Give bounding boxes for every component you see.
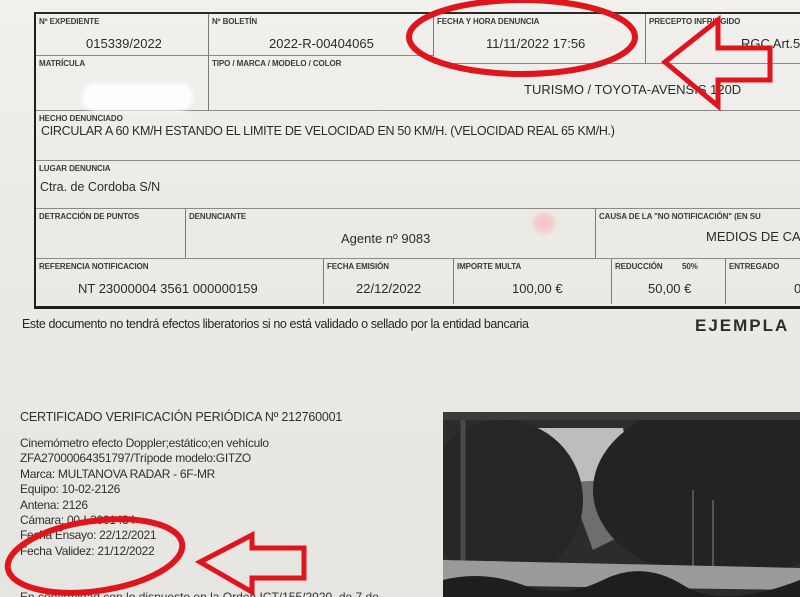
importe-label: IMPORTE MULTA	[457, 262, 521, 271]
denunciante-value: Agente nº 9083	[341, 231, 430, 246]
importe-cell: IMPORTE MULTA 100,00 €	[454, 259, 612, 304]
precepto-value: RGC Art.50.1	[741, 36, 800, 51]
certificate-title: CERTIFICADO VERIFICACIÓN PERIÓDICA Nº 21…	[20, 410, 342, 424]
cert-line-equipo: Equipo: 10-02-2126	[20, 482, 342, 497]
boletin-value: 2022-R-00404065	[269, 36, 374, 51]
matricula-label: MATRÍCULA	[39, 59, 85, 68]
fecha-hora-label: FECHA Y HORA DENUNCIA	[437, 17, 539, 26]
stain-mark	[533, 213, 555, 233]
radar-photo	[443, 412, 800, 597]
denunciante-label: DENUNCIANTE	[189, 212, 246, 221]
vehiculo-value: TURISMO / TOYOTA-AVENSIS 120D	[524, 82, 741, 97]
fine-form: Nº EXPEDIENTE 015339/2022 Nº BOLETÍN 202…	[34, 12, 800, 309]
precepto-label: PRECEPTO INFRINGIDO	[649, 17, 740, 26]
lugar-value: Ctra. de Cordoba S/N	[40, 180, 160, 194]
cert-line-serial: ZFA27000064351797/Trípode modelo:GITZO	[20, 451, 342, 466]
vehiculo-label: TIPO / MARCA / MODELO / COLOR	[212, 59, 341, 68]
lugar-cell: LUGAR DENUNCIA Ctra. de Cordoba S/N	[36, 161, 800, 209]
causa-value: MEDIOS DE CA	[706, 229, 800, 244]
cert-line-camara: Cámara: 00-I-3001434	[20, 513, 342, 528]
reduccion-percent: 50%	[682, 262, 698, 271]
hecho-cell: HECHO DENUNCIADO CIRCULAR A 60 KM/H ESTA…	[36, 111, 800, 161]
cert-line-type: Cinemómetro efecto Doppler;estático;en v…	[20, 436, 342, 451]
detraccion-cell: DETRACCIÓN DE PUNTOS	[36, 209, 186, 259]
referencia-value: NT 23000004 3561 000000159	[78, 281, 258, 296]
disclaimer-text: Este documento no tendrá efectos liberat…	[22, 317, 529, 331]
reduccion-label: REDUCCIÓN	[615, 262, 663, 271]
hecho-value: CIRCULAR A 60 KM/H ESTANDO EL LIMITE DE …	[41, 124, 615, 138]
referencia-cell: REFERENCIA NOTIFICACION NT 23000004 3561…	[36, 259, 324, 304]
boletin-label: Nº BOLETÍN	[212, 17, 257, 26]
fecha-emision-cell: FECHA EMISIÓN 22/12/2022	[324, 259, 454, 304]
cert-line-fecha-ensayo: Fecha Ensayo: 22/12/2021	[20, 528, 342, 543]
entregado-cell: ENTREGADO 0,00	[726, 259, 800, 304]
hecho-label: HECHO DENUNCIADO	[39, 114, 123, 123]
radar-photo-scene	[443, 420, 800, 597]
certificate-block: CERTIFICADO VERIFICACIÓN PERIÓDICA Nº 21…	[20, 410, 342, 559]
expediente-value: 015339/2022	[86, 36, 162, 51]
causa-label: CAUSA DE LA "NO NOTIFICACIÓN" (EN SU	[599, 212, 761, 221]
expediente-label: Nº EXPEDIENTE	[39, 17, 99, 26]
entregado-label: ENTREGADO	[729, 262, 779, 271]
lugar-label: LUGAR DENUNCIA	[39, 164, 111, 173]
detraccion-label: DETRACCIÓN DE PUNTOS	[39, 212, 139, 221]
referencia-label: REFERENCIA NOTIFICACION	[39, 262, 148, 271]
causa-cell: CAUSA DE LA "NO NOTIFICACIÓN" (EN SU MED…	[596, 209, 800, 259]
cert-footer-text: En confirmidad con lo dispuesto en la Or…	[20, 590, 379, 597]
expediente-cell: Nº EXPEDIENTE 015339/2022	[36, 14, 209, 56]
document-photo: Nº EXPEDIENTE 015339/2022 Nº BOLETÍN 202…	[0, 0, 800, 597]
reduccion-cell: REDUCCIÓN 50% 50,00 €	[612, 259, 726, 304]
fecha-hora-value: 11/11/2022 17:56	[486, 36, 585, 51]
fecha-emision-label: FECHA EMISIÓN	[327, 262, 389, 271]
redacted-plate	[85, 86, 190, 108]
ejemplar-stamp: EJEMPLA	[695, 316, 789, 336]
cert-line-brand: Marca: MULTANOVA RADAR - 6F-MR	[20, 467, 342, 482]
entregado-value: 0,00	[794, 281, 800, 296]
fecha-emision-value: 22/12/2022	[356, 281, 421, 296]
cert-line-fecha-validez: Fecha Validez: 21/12/2022	[20, 544, 342, 559]
importe-value: 100,00 €	[512, 281, 563, 296]
vehiculo-cell: TIPO / MARCA / MODELO / COLOR TURISMO / …	[209, 56, 800, 111]
cert-line-antena: Antena: 2126	[20, 498, 342, 513]
reduccion-value: 50,00 €	[648, 281, 691, 296]
boletin-cell: Nº BOLETÍN 2022-R-00404065	[209, 14, 434, 56]
